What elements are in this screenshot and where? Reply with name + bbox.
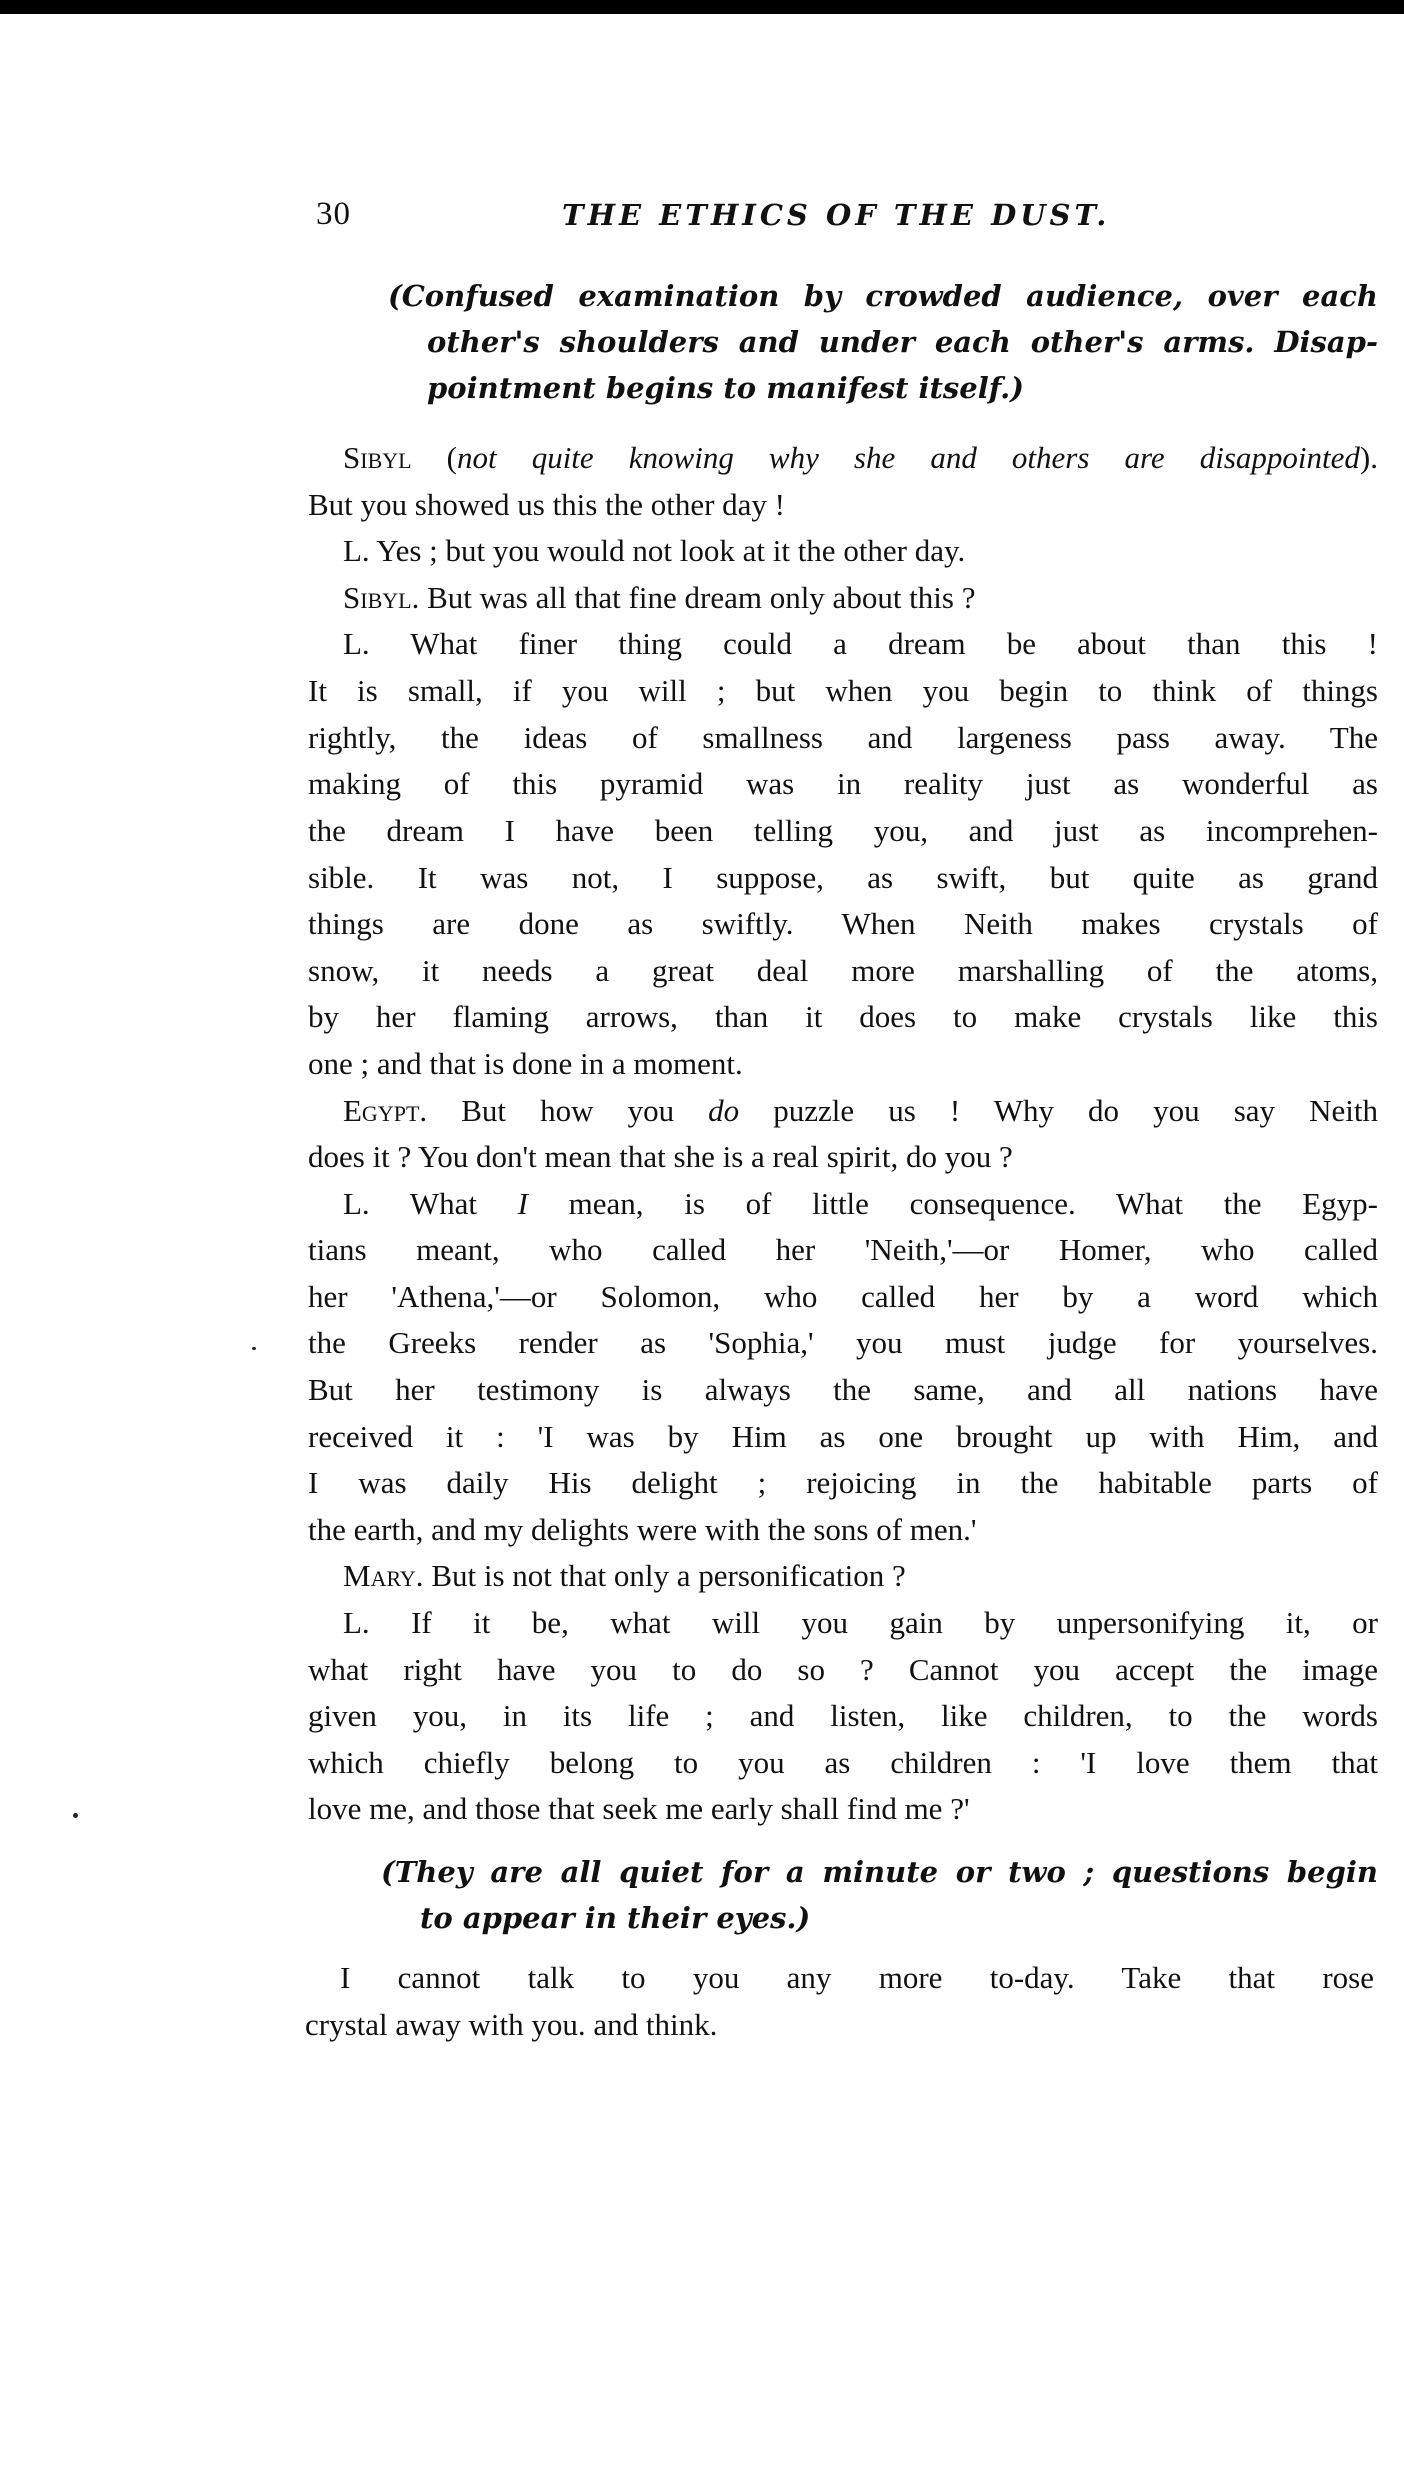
speaker-name: Sibyl (343, 440, 412, 475)
dialogue-line: L. What finer thing could a dream be abo… (343, 624, 1378, 664)
stage-direction-line: (They are all quiet for a minute or two … (381, 1852, 1378, 1892)
running-title: THE ETHICS OF THE DUST. (562, 198, 1110, 232)
stray-speck (252, 1347, 256, 1350)
speaker-name: Sibyl. (343, 580, 419, 615)
stage-direction-line: to appear in their eyes.) (420, 1898, 1371, 1938)
dialogue-line: It is small, if you will ; but when you … (308, 671, 1378, 711)
dialogue-line: love me, and those that seek me early sh… (308, 1789, 1378, 1829)
dialogue-line: which chiefly belong to you as children … (308, 1743, 1378, 1783)
closing-line: crystal away with you. and think. (305, 2005, 1375, 2045)
page-number: 30 (316, 196, 351, 233)
stage-direction-line: pointment begins to manifest itself.) (427, 368, 1378, 408)
dialogue-line: given you, in its life ; and listen, lik… (308, 1696, 1378, 1736)
dialogue-line: the earth, and my delights were with the… (308, 1510, 1378, 1550)
dialogue-line: making of this pyramid was in reality ju… (308, 764, 1378, 804)
speaker-name: Mary. (343, 1558, 424, 1593)
dialogue-line: Sibyl. But was all that fine dream only … (343, 578, 1378, 618)
running-head: 30 THE ETHICS OF THE DUST. (316, 196, 1378, 236)
dialogue-line: Egypt. But how you do puzzle us ! Why do… (343, 1091, 1378, 1131)
dialogue-line: snow, it needs a great deal more marshal… (308, 951, 1378, 991)
dialogue-line: L. Yes ; but you would not look at it th… (343, 531, 1378, 571)
stage-direction-line: other's shoulders and under each other's… (427, 322, 1378, 362)
dialogue-line: I was daily His delight ; rejoicing in t… (308, 1463, 1378, 1503)
dialogue-line: L. What I mean, is of little consequence… (343, 1184, 1378, 1224)
dialogue-line: what right have you to do so ? Cannot yo… (308, 1650, 1378, 1690)
scan-top-border (0, 0, 1404, 14)
dialogue-line: received it : 'I was by Him as one broug… (308, 1417, 1378, 1457)
dialogue-line: sible. It was not, I suppose, as swift, … (308, 858, 1378, 898)
italic-aside: not quite knowing why she and others are… (457, 440, 1360, 475)
dialogue-line: things are done as swiftly. When Neith m… (308, 904, 1378, 944)
dialogue-line: But her testimony is always the same, an… (308, 1370, 1378, 1410)
dialogue-line: the dream I have been telling you, and j… (308, 811, 1378, 851)
dialogue-line: by her flaming arrows, than it does to m… (308, 997, 1378, 1037)
dialogue-line: But you showed us this the other day ! (308, 485, 1378, 525)
closing-line: I cannot talk to you any more to-day. Ta… (340, 1958, 1374, 1998)
dialogue-line: tians meant, who called her 'Neith,'—or … (308, 1230, 1378, 1270)
dialogue-line: does it ? You don't mean that she is a r… (308, 1137, 1378, 1177)
speaker-name: Egypt. (343, 1093, 427, 1128)
dialogue-line: one ; and that is done in a moment. (308, 1044, 1378, 1084)
dialogue-line: Sibyl (not quite knowing why she and oth… (343, 438, 1378, 478)
stage-direction-line: (Confused examination by crowded audienc… (388, 276, 1378, 316)
dialogue-line: Mary. But is not that only a personifica… (343, 1556, 1378, 1596)
dialogue-line: the Greeks render as 'Sophia,' you must … (308, 1323, 1378, 1363)
stray-speck (73, 1813, 78, 1818)
dialogue-line: L. If it be, what will you gain by unper… (343, 1603, 1378, 1643)
dialogue-line: rightly, the ideas of smallness and larg… (308, 718, 1378, 758)
dialogue-line: her 'Athena,'—or Solomon, who called her… (308, 1277, 1378, 1317)
